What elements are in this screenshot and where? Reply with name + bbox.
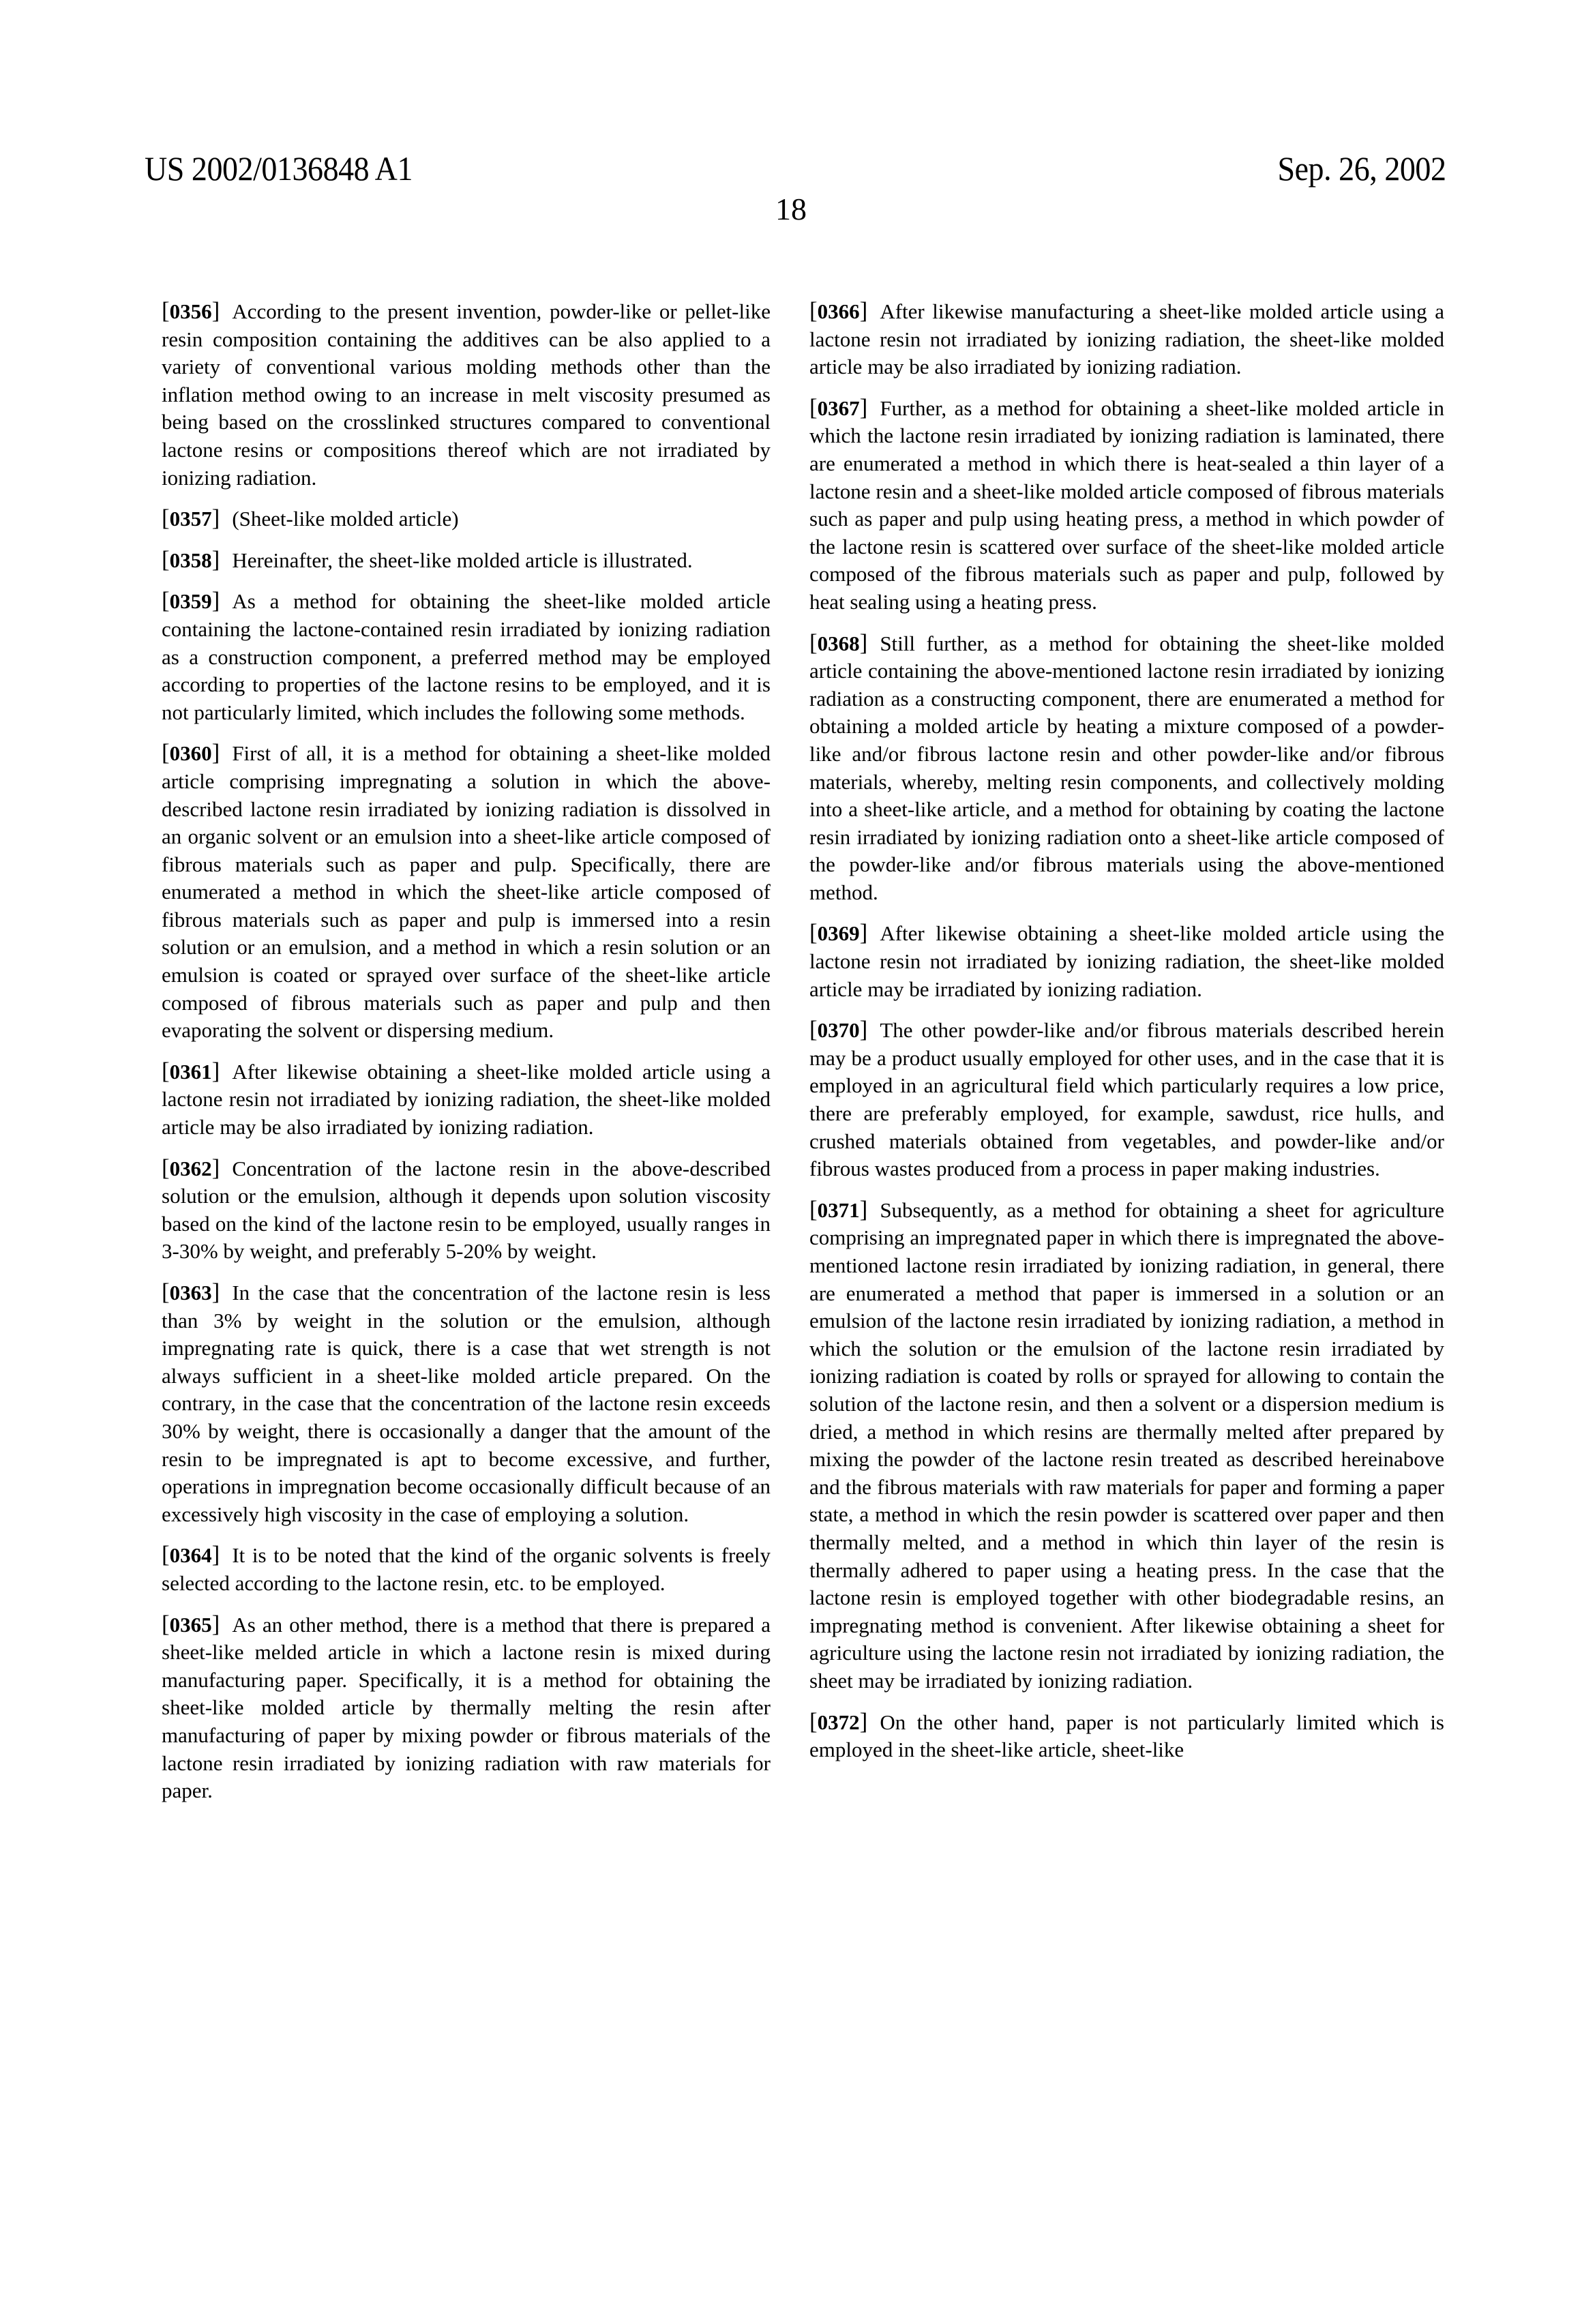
page-number: 18: [0, 191, 1582, 227]
paragraph-0357: [0357](Sheet-like molded article): [162, 505, 771, 533]
paragraph-0367: [0367]Further, as a method for obtaining…: [809, 394, 1444, 616]
paragraph-0372: [0372]On the other hand, paper is not pa…: [809, 1708, 1444, 1764]
paragraph-text: After likewise obtaining a sheet-like mo…: [162, 1060, 771, 1139]
paragraph-text: As a method for obtaining the sheet-like…: [162, 589, 771, 724]
paragraph-text: As an other method, there is a method th…: [162, 1613, 771, 1803]
paragraph-number: [0370]: [809, 1018, 867, 1042]
paragraph-text: (Sheet-like molded article): [232, 507, 458, 531]
paragraph-text: The other powder-like and/or fibrous mat…: [809, 1018, 1444, 1180]
paragraph-number: [0365]: [162, 1613, 220, 1637]
paragraph-text: Hereinafter, the sheet-like molded artic…: [232, 548, 692, 572]
paragraph-0361: [0361]After likewise obtaining a sheet-l…: [162, 1058, 771, 1142]
paragraph-0366: [0366]After likewise manufacturing a she…: [809, 297, 1444, 381]
paragraph-number: [0357]: [162, 507, 220, 531]
paragraph-0369: [0369]After likewise obtaining a sheet-l…: [809, 919, 1444, 1003]
paragraph-text: According to the present invention, powd…: [162, 299, 771, 490]
paragraph-number: [0361]: [162, 1060, 220, 1084]
paragraph-number: [0368]: [809, 631, 867, 655]
paragraph-number: [0356]: [162, 299, 220, 323]
left-column: [0356]According to the present invention…: [162, 297, 771, 1818]
paragraph-number: [0371]: [809, 1198, 867, 1222]
paragraph-number: [0360]: [162, 741, 220, 765]
paragraph-text: Subsequently, as a method for obtaining …: [809, 1198, 1444, 1693]
paragraph-text: It is to be noted that the kind of the o…: [162, 1543, 771, 1595]
paragraph-text: On the other hand, paper is not particul…: [809, 1710, 1444, 1762]
paragraph-text: Further, as a method for obtaining a she…: [809, 396, 1444, 614]
publication-date: Sep. 26, 2002: [1277, 149, 1446, 188]
paragraph-0362: [0362]Concentration of the lactone resin…: [162, 1154, 771, 1266]
paragraph-0359: [0359]As a method for obtaining the shee…: [162, 587, 771, 726]
paragraph-number: [0367]: [809, 396, 867, 420]
paragraph-text: After likewise manufacturing a sheet-lik…: [809, 299, 1444, 378]
paragraph-text: Still further, as a method for obtaining…: [809, 631, 1444, 904]
paragraph-0360: [0360]First of all, it is a method for o…: [162, 739, 771, 1045]
paragraph-0358: [0358]Hereinafter, the sheet-like molded…: [162, 546, 771, 575]
paragraph-number: [0358]: [162, 548, 220, 572]
paragraph-text: After likewise obtaining a sheet-like mo…: [809, 921, 1444, 1000]
paragraph-0370: [0370]The other powder-like and/or fibro…: [809, 1016, 1444, 1183]
paragraph-0371: [0371]Subsequently, as a method for obta…: [809, 1196, 1444, 1695]
paragraph-0363: [0363]In the case that the concentration…: [162, 1279, 771, 1528]
right-column: [0366]After likewise manufacturing a she…: [809, 297, 1444, 1777]
paragraph-0356: [0356]According to the present invention…: [162, 297, 771, 492]
paragraph-0365: [0365]As an other method, there is a met…: [162, 1611, 771, 1805]
paragraph-number: [0372]: [809, 1710, 867, 1734]
paragraph-0368: [0368]Still further, as a method for obt…: [809, 629, 1444, 907]
paragraph-number: [0359]: [162, 589, 220, 613]
paragraph-0364: [0364]It is to be noted that the kind of…: [162, 1541, 771, 1597]
paragraph-text: In the case that the concentration of th…: [162, 1281, 771, 1526]
paragraph-number: [0364]: [162, 1543, 220, 1567]
paragraph-text: Concentration of the lactone resin in th…: [162, 1157, 771, 1264]
paragraph-number: [0362]: [162, 1157, 220, 1180]
paragraph-number: [0363]: [162, 1281, 220, 1305]
paragraph-number: [0366]: [809, 299, 867, 323]
paragraph-text: First of all, it is a method for obtaini…: [162, 741, 771, 1042]
publication-number: US 2002/0136848 A1: [145, 149, 413, 188]
paragraph-number: [0369]: [809, 921, 867, 945]
